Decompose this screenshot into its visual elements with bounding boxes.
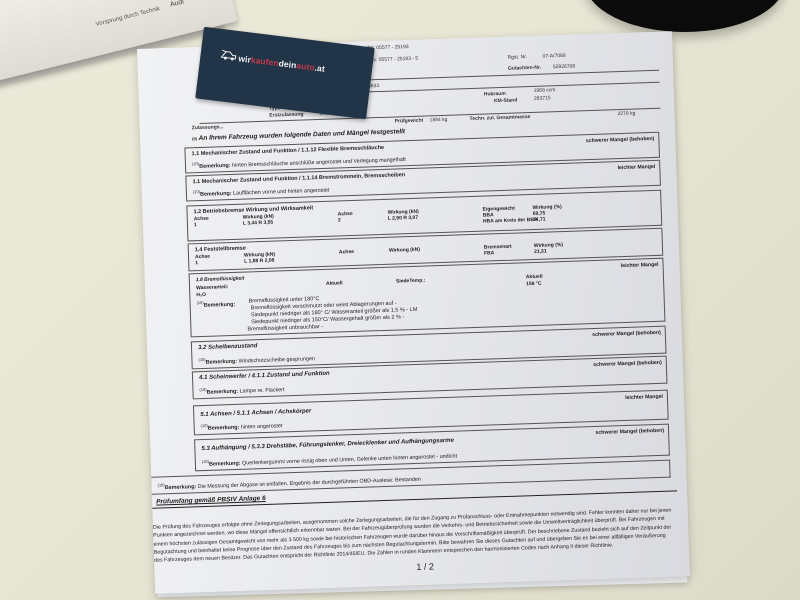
- cell: 21,31: [534, 249, 547, 255]
- remark: (10)Bemerkung: Die Messung der Abgase is…: [157, 474, 420, 492]
- section-title: 5.3 Aufhängung / 5.3.3 Drehstäbe, Führun…: [201, 438, 454, 452]
- fax: Fax: 05577 - 25193 - 5: [368, 56, 419, 64]
- cell: HBA am Kreis der BBA: [483, 217, 538, 225]
- pruefgewicht-label: Prüfgewicht: [395, 118, 424, 125]
- ref-value: 07-A/7068: [542, 53, 565, 60]
- remark-text: hinten angerostet: [241, 423, 283, 430]
- cell: 1: [194, 222, 197, 228]
- black-hat: [585, 0, 785, 32]
- car-tow-icon: [220, 48, 235, 62]
- cell: 2: [338, 217, 341, 223]
- pruefgewicht-value: 1894 kg: [430, 117, 448, 124]
- severity-badge: leichter Mangel: [621, 262, 659, 269]
- cell: 159 °C: [526, 281, 542, 288]
- remark-label: Bemerkung:: [204, 302, 236, 309]
- section-title: 3.2 Scheibenzustand: [198, 343, 258, 351]
- bremsfluessigkeit-table: Wasseranteil: Aktuell SiedeTemp.: Aktuel…: [196, 272, 586, 285]
- brand-logo: wirkaufendeinauto.at: [238, 53, 326, 74]
- severity-badge: schwerer Mangel (behoben): [586, 136, 655, 144]
- cell: L 3,44 R 3,55: [243, 220, 273, 227]
- cell: 1: [195, 260, 198, 266]
- gesamtmasse-label: Techn. zul. Gesamtmasse: [470, 114, 531, 122]
- brand-part: dein: [278, 58, 297, 70]
- remark-text: Windschutzscheibe gesprungen: [239, 356, 316, 365]
- section-title: 1.1 Mechanischer Zustand und Funktion / …: [192, 172, 405, 185]
- cell: L 2,90 R 3,07: [388, 215, 418, 222]
- gutachten-value: 52926708: [553, 64, 575, 71]
- brand-part: auto: [296, 60, 315, 72]
- remark: (10)Bemerkung: Laufflächen vorne und hin…: [193, 185, 330, 198]
- gesamtmasse-value: 2270 kg: [617, 111, 635, 118]
- remark-text: Querlenkergummi vorne rissig oben und Un…: [242, 453, 457, 466]
- remark-label: Bemerkung:: [207, 389, 239, 396]
- header-cell: Aktuell: [526, 274, 543, 281]
- header-cell: Aktuell: [326, 280, 343, 287]
- remark: (10)Bemerkung: hinten angerostet: [201, 420, 283, 432]
- intro-text: An Ihrem Fahrzeug wurden folgende Daten …: [198, 128, 405, 142]
- section-title: 5.1 Achsen / 5.1.1 Achsen / Achskörper: [200, 408, 311, 418]
- header-cell: SiedeTemp.:: [396, 278, 426, 285]
- zulassung-label: Zulassungs...: [192, 124, 224, 131]
- section-title: 1.4 Feststellbremse: [195, 246, 246, 254]
- km2-value: 283715: [534, 95, 551, 102]
- cell: FBA: [484, 250, 494, 256]
- bremsfluessigkeit-section: 1.8 Bremsflüssigkeit leichter Mangel Was…: [189, 258, 666, 338]
- section-title: 1.8 Bremsflüssigkeit: [196, 276, 245, 284]
- remark: (10)Bemerkung: Lampe re. Flackert: [199, 384, 284, 396]
- inspection-report-page: Tel: 05577 - 25193 Fax: 05577 - 25193 - …: [137, 31, 690, 593]
- remark-text: Lampe re. Flackert: [240, 387, 285, 394]
- remark: (10)Bemerkung:: [196, 299, 235, 309]
- remark: (10)Bemerkung: Windschutzscheibe gesprun…: [198, 353, 315, 366]
- severity-badge: leichter Mangel: [617, 164, 655, 171]
- remark-label: Bemerkung:: [206, 359, 238, 366]
- remark-text: Die Messung der Abgase ist entfallen. Er…: [198, 477, 421, 490]
- gutachten-label: Gutachten-Nr.: [508, 65, 541, 72]
- remark: (10)Bemerkung: hinten Bremsschläuche ans…: [192, 154, 406, 170]
- remark-label: Bemerkung:: [209, 461, 241, 468]
- ref-label: Rgst. Nr.: [508, 54, 528, 61]
- remark-label: Bemerkung:: [200, 191, 232, 198]
- header-cell: Wasseranteil:: [196, 284, 229, 291]
- remark: (10)Bemerkung: Querlenkergummi vorne ris…: [202, 451, 457, 468]
- severity-badge: schwerer Mangel (behoben): [592, 330, 661, 338]
- severity-badge: schwerer Mangel (behoben): [595, 428, 664, 436]
- brake-table: AchseWirkung (kN)AchseWirkung (kN)Bremse…: [189, 239, 662, 255]
- erstzulassung-label: Erstzulassung: [269, 112, 303, 119]
- remark-label: Bemerkung:: [199, 163, 231, 170]
- brand-part: kaufen: [250, 55, 279, 68]
- section-title: 4.1 Scheinwerfer / 4.1.1 Zustand und Fun…: [199, 371, 330, 381]
- brand-part: .at: [314, 63, 325, 74]
- remark-label: Bemerkung:: [165, 484, 197, 491]
- disclaimer: Die Prüfung des Fahrzeuges erfolgte ohne…: [153, 507, 674, 566]
- severity-badge: schwerer Mangel (behoben): [593, 360, 662, 368]
- remark-text: hinten Bremsschläuche anschlüße angerost…: [232, 157, 406, 169]
- intro-num: (9): [192, 136, 197, 141]
- header-cell: Achse: [339, 249, 354, 255]
- km2-label: KM-Stand: [494, 97, 518, 104]
- severity-badge: leichter Mangel: [625, 394, 663, 401]
- hubraum-label: Hubraum: [484, 91, 506, 98]
- remark-label: Bemerkung:: [208, 425, 240, 432]
- cell: L 1,88 R 2,08: [244, 258, 274, 265]
- header-cell: Wirkung (kN): [389, 247, 420, 254]
- cell: 34,71: [533, 217, 546, 223]
- remark-lines: Bremsflüssigkeit unter 180°CBremsflüssig…: [248, 293, 418, 334]
- remark-text: Laufflächen vorne und hinten angerostet: [233, 188, 330, 197]
- intro-heading: (9) An Ihrem Fahrzeug wurden folgende Da…: [192, 128, 405, 142]
- page-indicator: 1 / 2: [416, 561, 434, 572]
- hubraum-value: 1968 ccm: [534, 87, 556, 94]
- cell: H₂O: [196, 292, 206, 298]
